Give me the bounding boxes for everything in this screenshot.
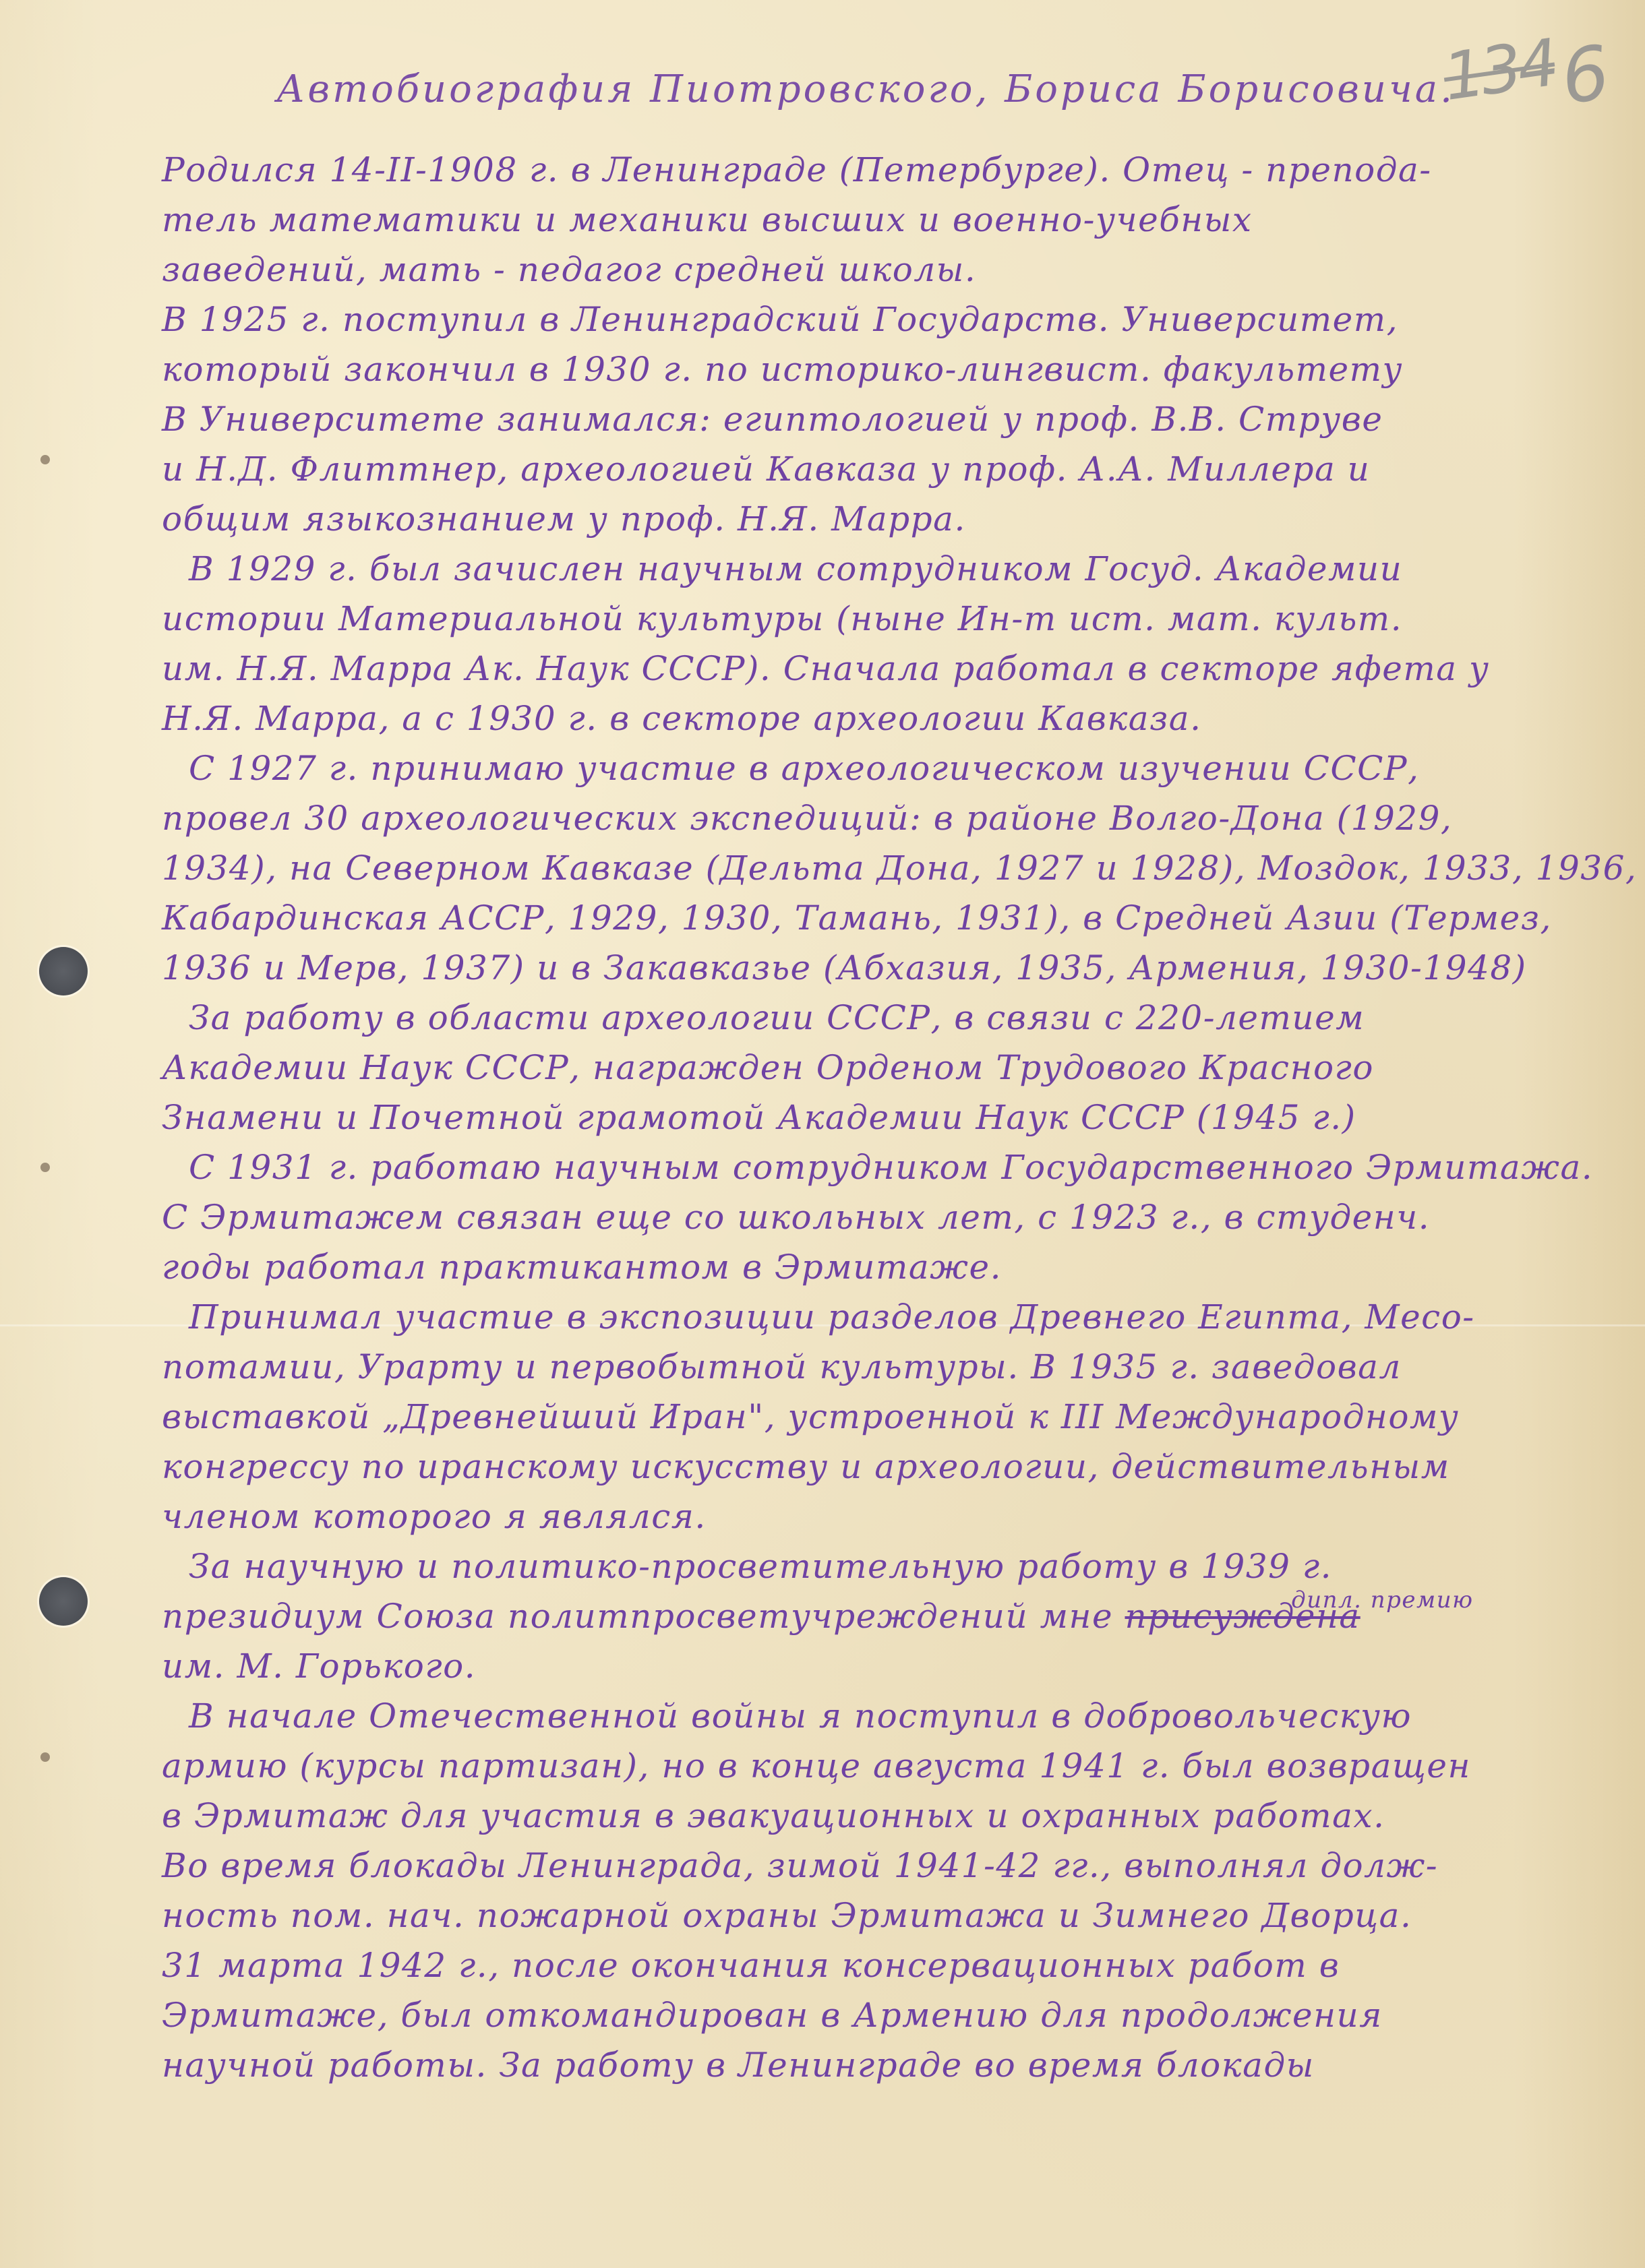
text-line: За работу в области археологии СССР, в с… <box>162 993 1591 1043</box>
text-line: Во время блокады Ленинграда, зимой 1941-… <box>162 1841 1591 1891</box>
text-line: и Н.Д. Флиттнер, археологией Кавказа у п… <box>162 444 1591 494</box>
autobiography-text: Родился 14-II-1908 г. в Ленинграде (Пете… <box>162 145 1591 2090</box>
text-line: Эрмитаже, был откомандирован в Армению д… <box>162 1990 1591 2040</box>
punch-hole-bottom <box>39 1577 88 1626</box>
text-line: В Университете занимался: египтологией у… <box>162 394 1591 444</box>
text-line: научной работы. За работу в Ленинграде в… <box>162 2040 1591 2090</box>
text-line: тель математики и механики высших и воен… <box>162 195 1591 245</box>
text-line: который закончил в 1930 г. по историко-л… <box>162 344 1591 394</box>
text-line: им. М. Горького. <box>162 1641 1591 1691</box>
folio-number-current: 6 <box>1556 30 1611 121</box>
text-line: им. Н.Я. Марра Ак. Наук СССР). Сначала р… <box>162 644 1591 694</box>
text-line: членом которого я являлся. <box>162 1492 1591 1541</box>
text-line: ность пом. нач. пожарной охраны Эрмитажа… <box>162 1891 1591 1940</box>
text-line: общим языкознанием у проф. Н.Я. Марра. <box>162 494 1591 544</box>
text-line: В начале Отечественной войны я поступил … <box>162 1691 1591 1741</box>
text-line: Кабардинская АССР, 1929, 1930, Тамань, 1… <box>162 893 1591 943</box>
text-line: истории Материальной культуры (ныне Ин-т… <box>162 594 1591 644</box>
text-line-main: президиум Союза политпросветучреждений м… <box>162 1597 1360 1636</box>
text-line: За научную и политико-просветительную ра… <box>162 1541 1591 1591</box>
text-line: С Эрмитажем связан еще со школьных лет, … <box>162 1192 1591 1242</box>
text-line: Академии Наук СССР, награжден Орденом Тр… <box>162 1043 1591 1093</box>
text-line: Принимал участие в экспозиции разделов Д… <box>162 1292 1591 1342</box>
punch-hole-top <box>39 947 88 995</box>
text-line: провел 30 археологических экспедиций: в … <box>162 793 1591 843</box>
document-title: Автобиография Пиотровского, Бориса Борис… <box>276 67 1490 111</box>
text-line: армию (курсы партизан), но в конце авгус… <box>162 1741 1591 1791</box>
document-page: 1346 Автобиография Пиотровского, Бориса … <box>0 0 1645 2268</box>
text-line: заведений, мать - педагог средней школы. <box>162 245 1591 295</box>
handwritten-insertion: дипл. премию <box>1291 1587 1473 1614</box>
text-line: в Эрмитаж для участия в эвакуационных и … <box>162 1791 1591 1841</box>
margin-mark <box>40 1752 50 1762</box>
text-line-with-correction: президиум Союза политпросветучреждений м… <box>162 1591 1591 1641</box>
text-line: Знамени и Почетной грамотой Академии Нау… <box>162 1093 1591 1142</box>
margin-mark <box>40 455 50 464</box>
text-line: годы работал практикантом в Эрмитаже. <box>162 1242 1591 1292</box>
text-line: потамии, Урарту и первобытной культуры. … <box>162 1342 1591 1392</box>
text-line: 1936 и Мерв, 1937) и в Закавказье (Абхаз… <box>162 943 1591 993</box>
margin-mark <box>40 1163 50 1172</box>
text-line: Н.Я. Марра, а с 1930 г. в секторе археол… <box>162 694 1591 743</box>
text-line: С 1927 г. принимаю участие в археологиче… <box>162 743 1591 793</box>
text-line: 1934), на Северном Кавказе (Дельта Дона,… <box>162 843 1591 893</box>
text-line: 31 марта 1942 г., после окончания консер… <box>162 1940 1591 1990</box>
text-line: конгрессу по иранскому искусству и архео… <box>162 1442 1591 1492</box>
text-line: Родился 14-II-1908 г. в Ленинграде (Пете… <box>162 145 1591 195</box>
text-line: В 1929 г. был зачислен научным сотрудник… <box>162 544 1591 594</box>
text-line: С 1931 г. работаю научным сотрудником Го… <box>162 1142 1591 1192</box>
text-line: выставкой „Древнейший Иран", устроенной … <box>162 1392 1591 1442</box>
text-line: В 1925 г. поступил в Ленинградский Госуд… <box>162 295 1591 344</box>
